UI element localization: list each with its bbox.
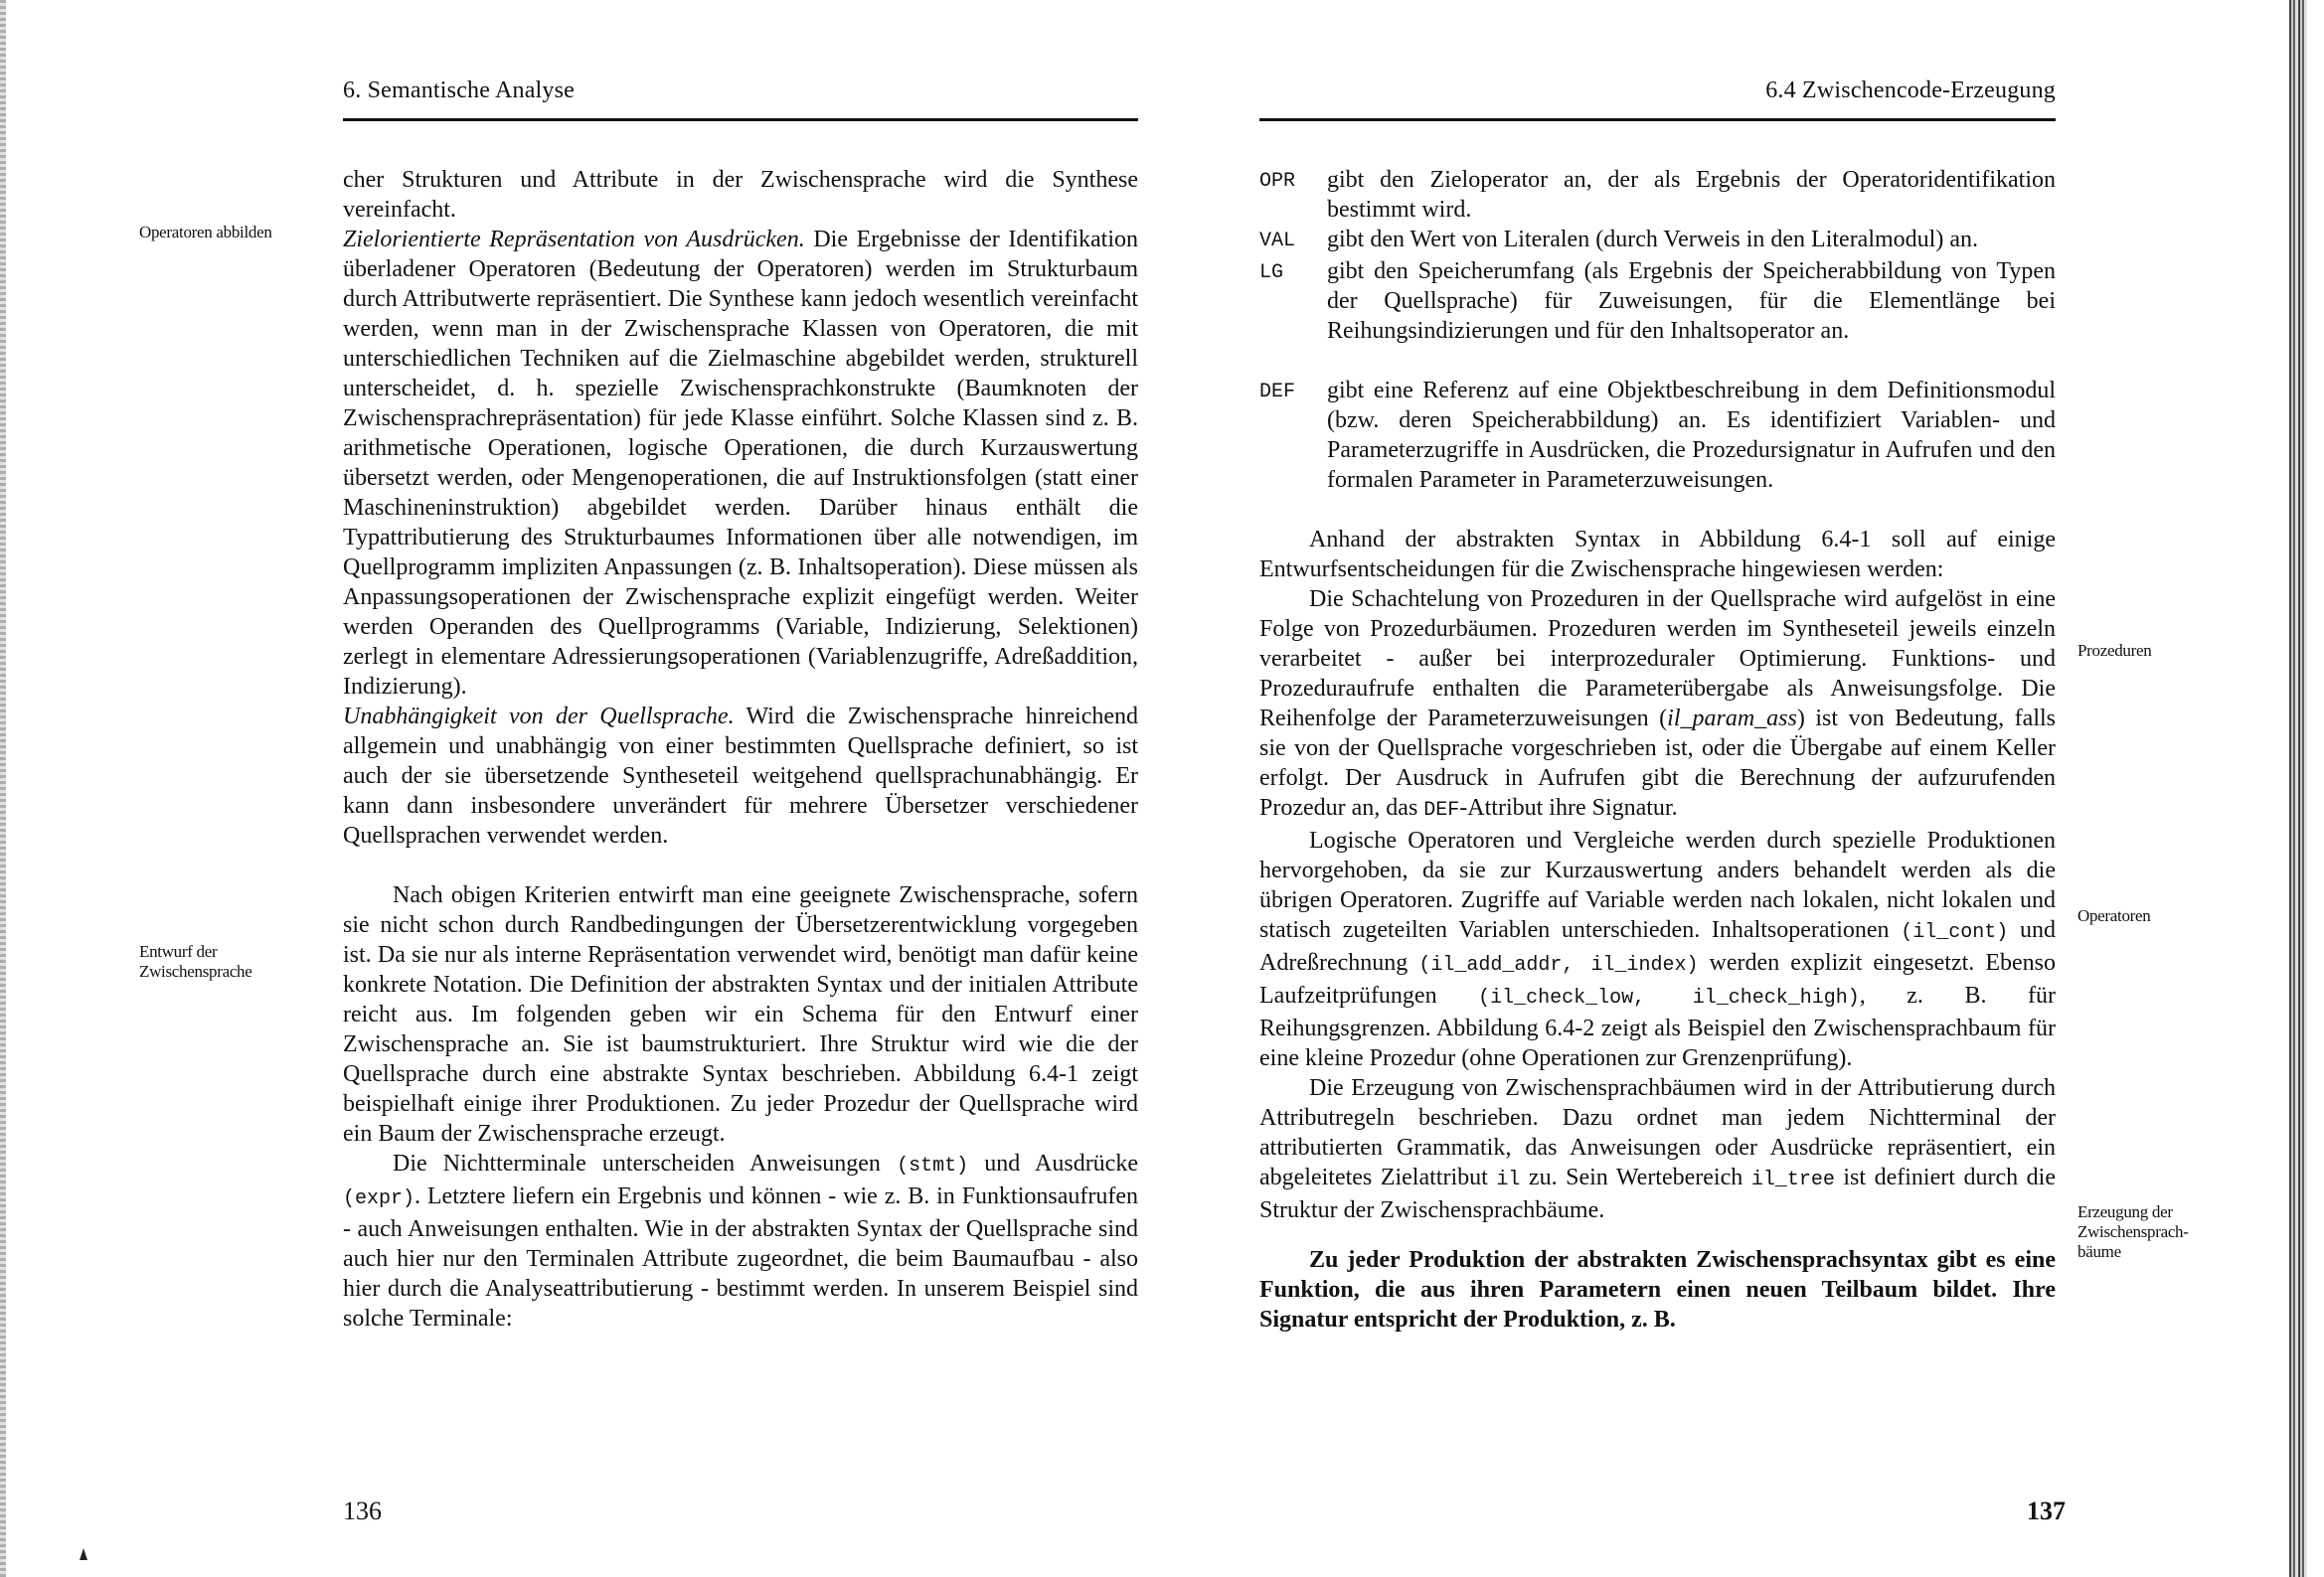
paragraph-gap — [1259, 1225, 2056, 1245]
page-number-right: 137 — [2027, 1497, 2066, 1526]
code-il-tree: il_tree — [1751, 1169, 1835, 1191]
definition-text: gibt den Wert von Literalen (durch Verwe… — [1327, 225, 2056, 256]
page-number-left: 136 — [343, 1497, 382, 1526]
paragraph-text: und Ausdrücke — [968, 1151, 1138, 1177]
definition-term: LG — [1259, 256, 1327, 346]
paragraph-produktion-funktion: Zu jeder Produktion der abstrakten Zwisc… — [1259, 1245, 2056, 1335]
body-text-left: cher Strukturen und Attribute in der Zwi… — [343, 165, 1138, 1334]
margin-note-operatoren: Operatoren — [2077, 906, 2150, 926]
paragraph-continuation: cher Strukturen und Attribute in der Zwi… — [343, 165, 1138, 225]
header-rule-right — [1259, 118, 2056, 121]
definition-text: gibt den Speicherumfang (als Ergebnis de… — [1327, 256, 2056, 346]
code-il-param-ass: il_param_ass — [1667, 706, 1797, 731]
definition-item-val: VAL gibt den Wert von Literalen (durch V… — [1259, 225, 2056, 256]
running-head-right: 6.4 Zwischencode-Erzeugung — [1765, 78, 2056, 104]
definition-gap — [1259, 346, 2056, 376]
code-def: DEF — [1423, 799, 1459, 822]
paragraph-prozeduren: Die Schachtelung von Prozeduren in der Q… — [1259, 584, 2056, 826]
paragraph-text: zu. Sein Wertebereich — [1520, 1165, 1750, 1190]
attribute-definition-list: OPR gibt den Zieloperator an, der als Er… — [1259, 165, 2056, 495]
paragraph-nichtterminale: Die Nichtterminale unterscheiden Anweisu… — [343, 1149, 1138, 1334]
header-rule-left — [343, 118, 1138, 121]
paragraph-text: Die Ergebnisse der Identifikation überla… — [343, 227, 1138, 700]
definition-term: VAL — [1259, 225, 1327, 256]
code-stmt: (stmt) — [897, 1155, 968, 1178]
definition-term: OPR — [1259, 165, 1327, 225]
definition-item-opr: OPR gibt den Zieloperator an, der als Er… — [1259, 165, 2056, 225]
paragraph-run-in-heading: Unabhängigkeit von der Quellsprache. — [343, 704, 735, 729]
paragraph-text: Die Nichtterminale unterscheiden Anweisu… — [393, 1151, 897, 1177]
scan-binding-edge-right — [2289, 0, 2307, 1577]
paragraph-entwurf: Nach obigen Kriterien entwirft man eine … — [343, 880, 1138, 1149]
code-il-add-addr-index: (il_add_addr, il_index) — [1418, 954, 1698, 977]
paragraph-text: -Attribut ihre Signatur. — [1459, 795, 1677, 821]
paragraph-zielorientierte-repraesentation: Zielorientierte Repräsentation von Ausdr… — [343, 225, 1138, 702]
paragraph-operatoren: Logische Operatoren und Vergleiche werde… — [1259, 826, 2056, 1073]
paragraph-unabhaengigkeit: Unabhängigkeit von der Quellsprache. Wir… — [343, 702, 1138, 851]
code-il: il — [1496, 1169, 1520, 1191]
page-137: 6.4 Zwischencode-Erzeugung Prozeduren Op… — [1162, 0, 2324, 1577]
margin-note-prozeduren: Prozeduren — [2077, 641, 2151, 661]
paragraph-run-in-heading: Zielorientierte Repräsentation von Ausdr… — [343, 227, 805, 252]
paragraph-gap — [343, 851, 1138, 880]
paragraph-erzeugung: Die Erzeugung von Zwischensprachbäumen w… — [1259, 1073, 2056, 1225]
paragraph-text: . Letztere liefern ein Ergebnis und könn… — [343, 1183, 1138, 1332]
paragraph-anhand-der-syntax: Anhand der abstrakten Syntax in Abbildun… — [1259, 525, 2056, 584]
margin-note-erzeugung-zwischensprachbaeume: Erzeugung der Zwischensprach-bäume — [2077, 1202, 2197, 1262]
margin-note-operatoren-abbilden: Operatoren abbilden — [139, 223, 272, 242]
running-head-left: 6. Semantische Analyse — [343, 78, 575, 104]
page-136: 6. Semantische Analyse Operatoren abbild… — [0, 0, 1162, 1577]
body-text-right: OPR gibt den Zieloperator an, der als Er… — [1259, 165, 2056, 1335]
code-expr: (expr) — [343, 1187, 415, 1210]
definition-item-lg: LG gibt den Speicherumfang (als Ergebnis… — [1259, 256, 2056, 346]
definition-text: gibt eine Referenz auf eine Objektbeschr… — [1327, 376, 2056, 495]
code-il-check: (il_check_low, il_check_high) — [1478, 987, 1860, 1010]
definition-term: DEF — [1259, 376, 1327, 495]
code-il-cont: (il_cont) — [1901, 921, 2008, 944]
definition-text: gibt den Zieloperator an, der als Ergebn… — [1327, 165, 2056, 225]
definition-item-def: DEF gibt eine Referenz auf eine Objektbe… — [1259, 376, 2056, 495]
margin-note-entwurf-der-zwischensprache: Entwurf der Zwischensprache — [139, 942, 298, 982]
paragraph-gap — [1259, 495, 2056, 525]
